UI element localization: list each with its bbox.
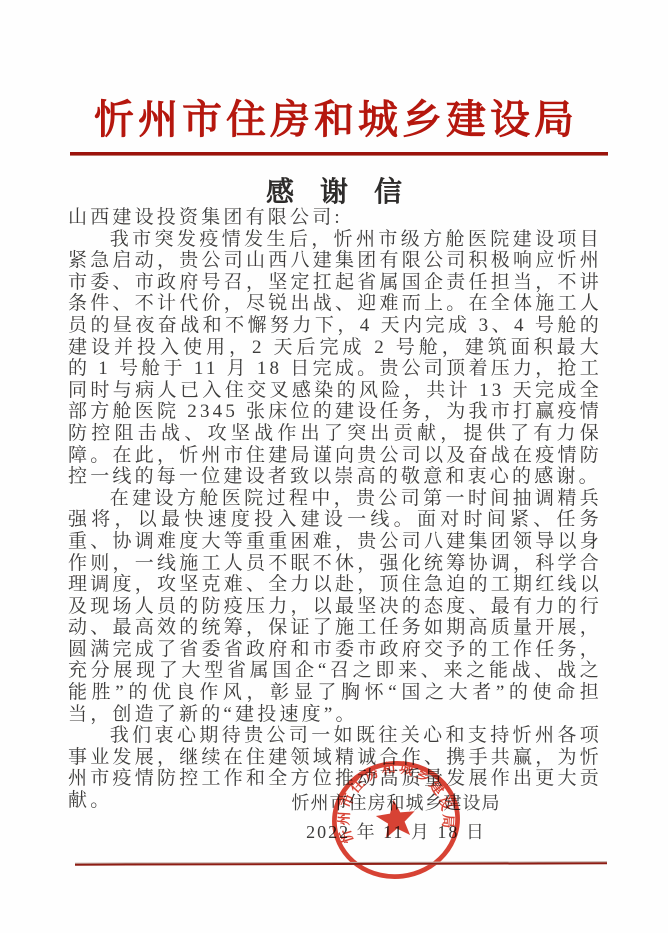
letter-body: 山西建设投资集团有限公司: 我市突发疫情发生后，忻州市级方舱医院建设项目紧急启动…: [68, 207, 602, 812]
letterhead-rule: [70, 152, 608, 156]
official-seal: 忻州市住房和城乡建设局: [314, 744, 477, 895]
body-paragraph-1: 我市突发疫情发生后，忻州市级方舱医院建设项目紧急启动，贵公司山西八建集团有限公司…: [68, 229, 602, 488]
star-icon: [374, 797, 417, 839]
salutation: 山西建设投资集团有限公司:: [68, 207, 602, 229]
letter-title: 感谢信: [0, 170, 668, 210]
letterhead-title: 忻州市住房和城乡建设局: [0, 88, 668, 145]
letter-page: 忻州市住房和城乡建设局 感谢信 山西建设投资集团有限公司: 我市突发疫情发生后，…: [0, 0, 668, 933]
body-paragraph-2: 在建设方舱医院过程中，贵公司第一时间抽调精兵强将，以最快速度投入建设一线。面对时…: [68, 488, 602, 726]
